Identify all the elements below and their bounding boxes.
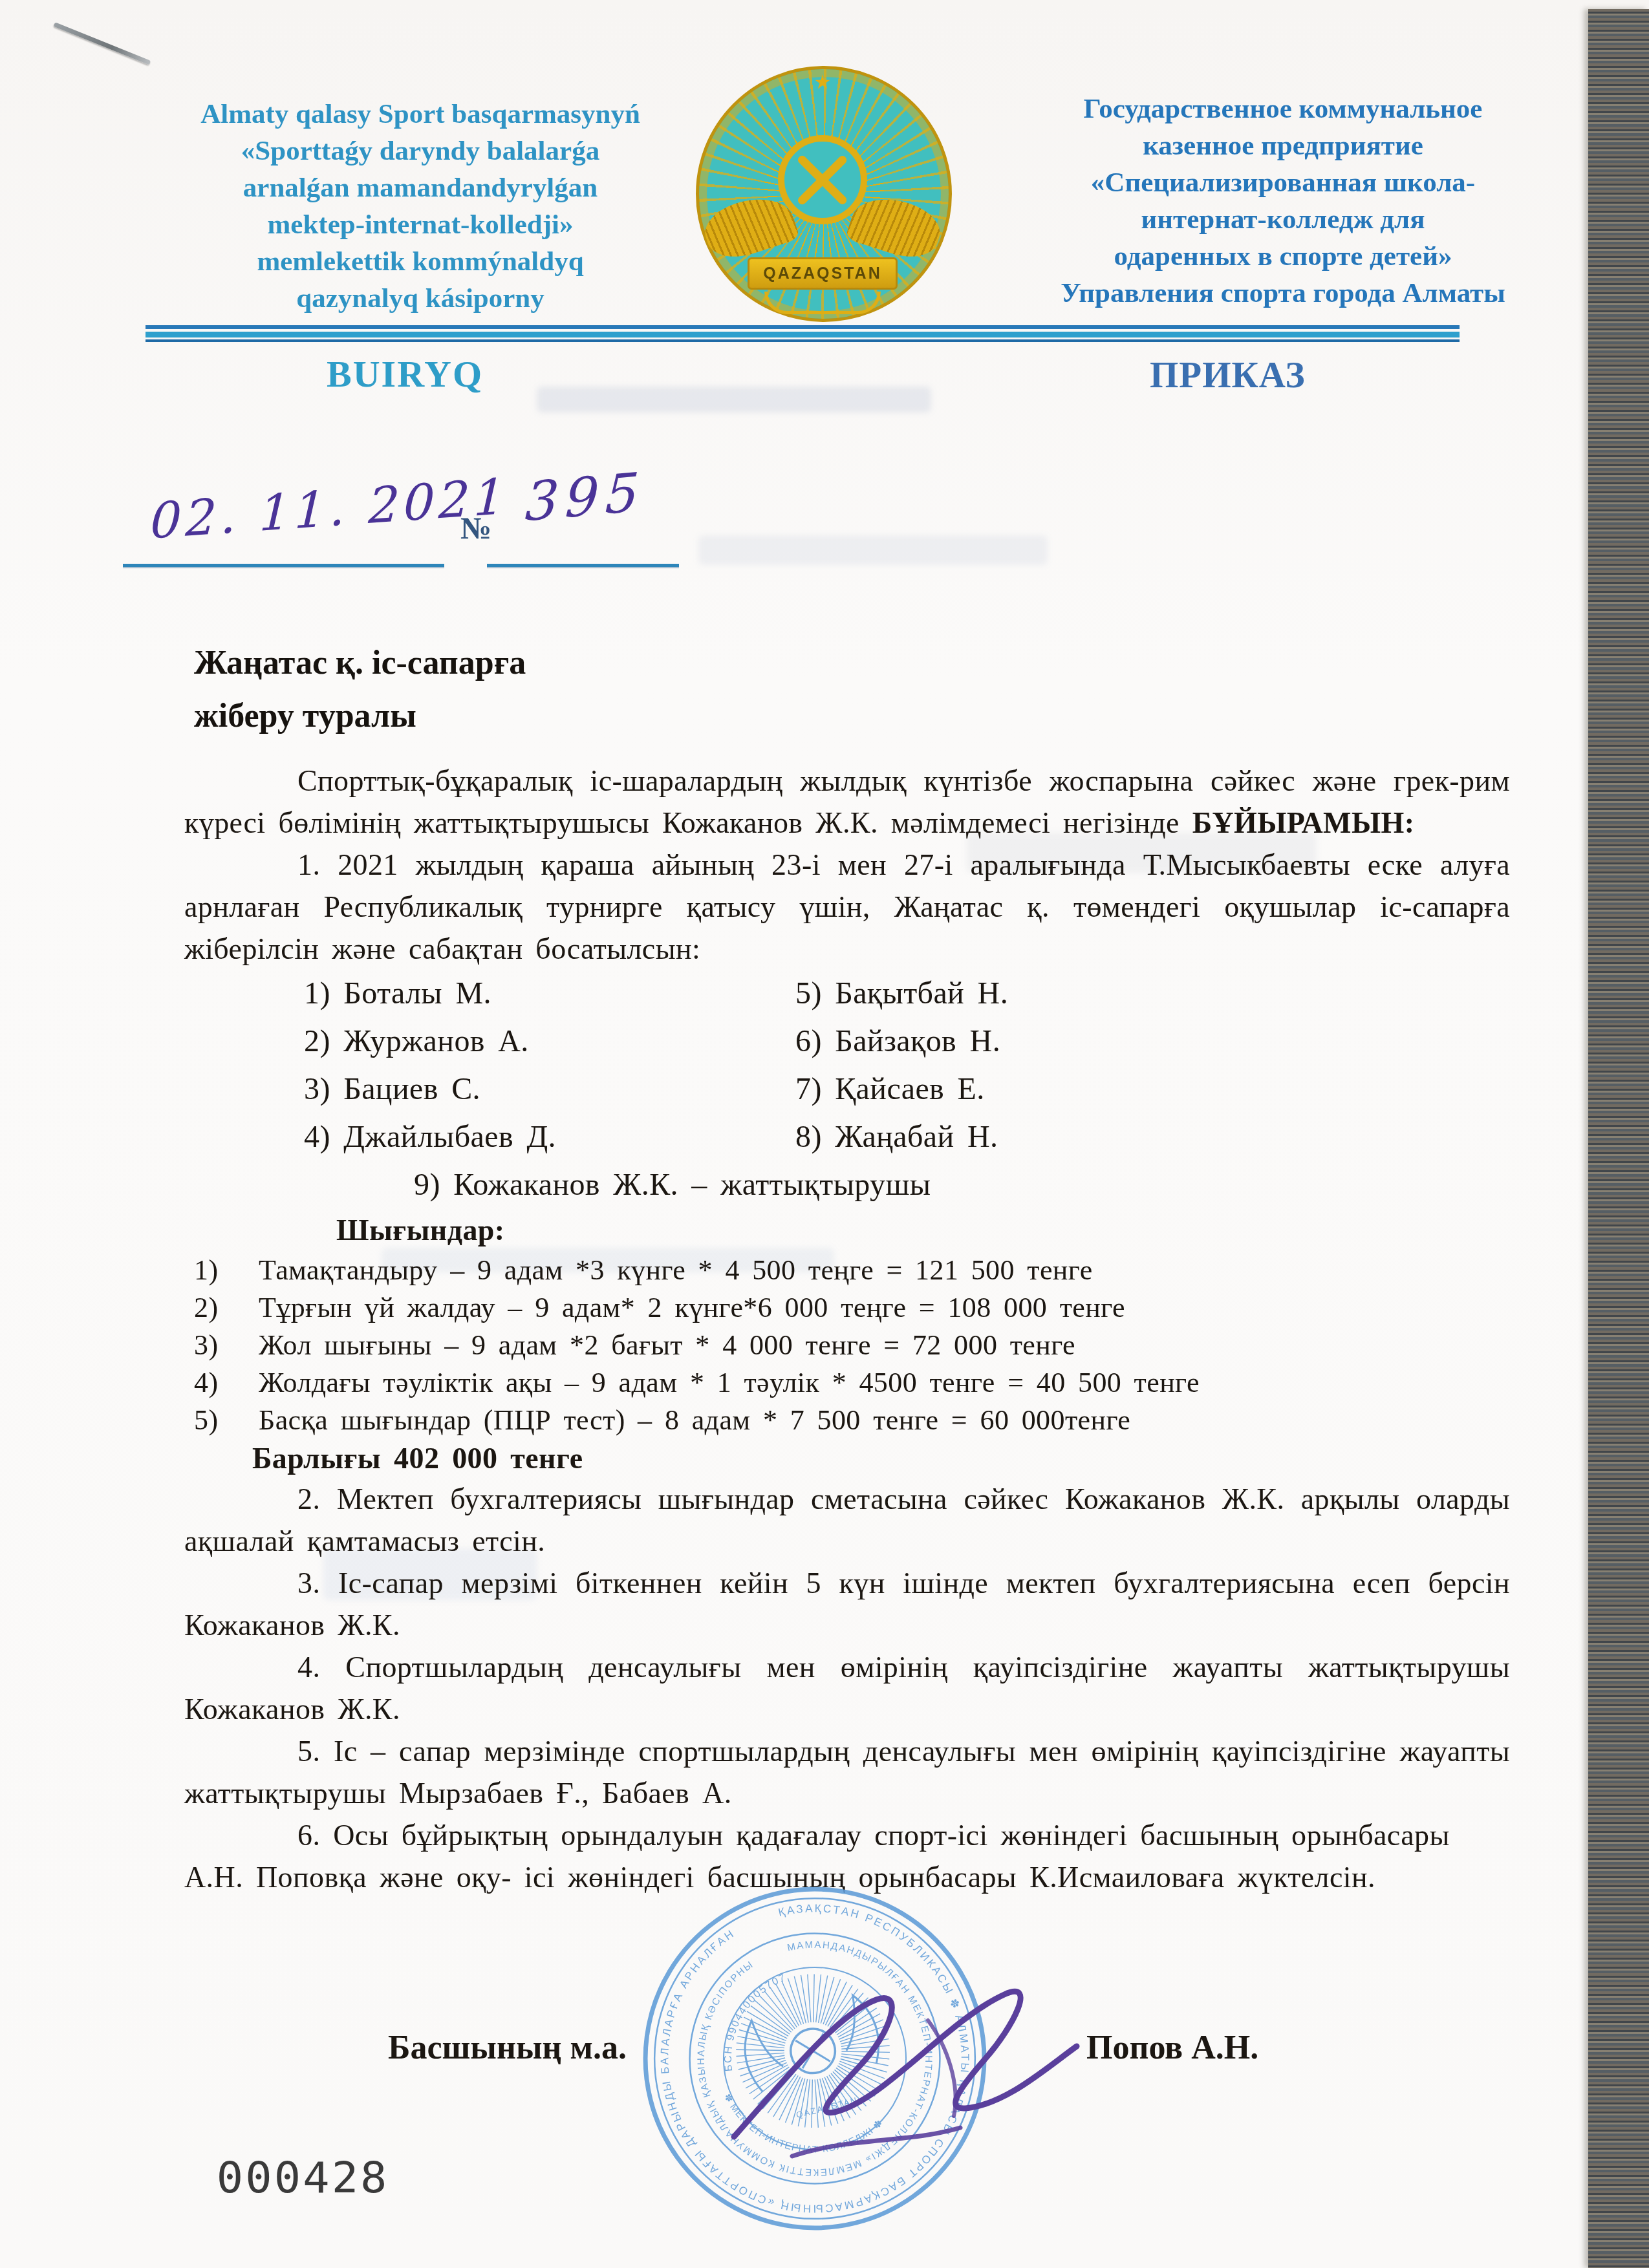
item-2-paragraph: 2. Мектеп бухгалтериясы шығындар сметасы… bbox=[184, 1478, 1510, 1562]
expense-item: 4) Жолдағы тәуліктік ақы – 9 адам * 1 тә… bbox=[194, 1364, 1510, 1402]
student-item: 2) Журжанов А. bbox=[304, 1018, 795, 1065]
expense-text: Тұрғын үй жалдау – 9 адам* 2 күнге*6 000… bbox=[259, 1289, 1125, 1327]
header-divider bbox=[145, 325, 1460, 342]
org-left-line: «Sporttaǵy daryndy balalarǵa bbox=[155, 133, 685, 169]
handwritten-date: 02. 11. 2021 bbox=[149, 467, 510, 550]
expense-item: 3) Жол шығыны – 9 адам *2 бағыт * 4 000 … bbox=[194, 1327, 1510, 1364]
item-3-paragraph: 3. Іс-сапар мерзімі біткеннен кейін 5 кү… bbox=[184, 1562, 1510, 1646]
order-body: Спорттық-бұқаралық іс-шаралардың жылдық … bbox=[184, 760, 1510, 1898]
expense-text: Жол шығыны – 9 адам *2 бағыт * 4 000 тен… bbox=[259, 1327, 1075, 1364]
expense-item: 2) Тұрғын үй жалдау – 9 адам* 2 күнге*6 … bbox=[194, 1289, 1510, 1327]
expense-number: 3) bbox=[194, 1327, 259, 1364]
number-underline bbox=[487, 564, 679, 567]
kazakhstan-emblem: ★ QAZAQSTAN bbox=[693, 66, 952, 325]
expense-item: 1) Тамақтандыру – 9 адам *3 күнге * 4 50… bbox=[194, 1252, 1510, 1289]
item-1-paragraph: 1. 2021 жылдың қараша айының 23-і мен 27… bbox=[184, 844, 1510, 970]
order-title-russian: ПРИКАЗ bbox=[1150, 354, 1306, 396]
expense-number: 4) bbox=[194, 1364, 259, 1402]
intro-paragraph: Спорттық-бұқаралық іс-шаралардың жылдық … bbox=[184, 760, 1510, 844]
expenses-title: Шығындар: bbox=[336, 1209, 1510, 1252]
org-name-russian: Государственное коммунальное казенное пр… bbox=[988, 91, 1578, 312]
student-item: 4) Джайлыбаев Д. bbox=[304, 1113, 795, 1161]
bleed-through-artifact bbox=[698, 535, 1048, 565]
expense-number: 2) bbox=[194, 1289, 259, 1327]
order-subject: Жаңатас қ. іс-сапарға жіберу туралы bbox=[194, 637, 526, 743]
signer-position: Басшының м.а. bbox=[388, 2029, 627, 2067]
expense-text: Басқа шығындар (ПЦР тест) – 8 адам * 7 5… bbox=[259, 1402, 1130, 1439]
expenses-total: Барлығы 402 000 тенге bbox=[252, 1439, 1510, 1478]
expense-number: 1) bbox=[194, 1252, 259, 1289]
item-4-paragraph: 4. Спортшылардың денсаулығы мен өмірінің… bbox=[184, 1646, 1510, 1730]
org-right-line: интернат-колледж для bbox=[988, 201, 1578, 238]
emblem-shanyrak-icon bbox=[778, 135, 867, 224]
org-right-line: одаренных в спорте детей» bbox=[988, 238, 1578, 275]
expense-text: Тамақтандыру – 9 адам *3 күнге * 4 500 т… bbox=[259, 1252, 1093, 1289]
scanned-order-document: Almaty qalasy Sport basqarmasynyń «Sport… bbox=[0, 0, 1649, 2268]
subject-line: Жаңатас қ. іс-сапарға bbox=[194, 637, 526, 690]
students-column-1: 1) Боталы М. 2) Журжанов А. 3) Бациев С.… bbox=[304, 970, 795, 1161]
expense-item: 5) Басқа шығындар (ПЦР тест) – 8 адам * … bbox=[194, 1402, 1510, 1439]
subject-line: жіберу туралы bbox=[194, 690, 526, 743]
org-left-line: mektep-internat-kolledji» bbox=[155, 206, 685, 243]
student-item: 3) Бациев С. bbox=[304, 1065, 795, 1113]
student-item-coach: 9) Кожаканов Ж.К. – жаттықтырушы bbox=[414, 1161, 1510, 1209]
staple-mark bbox=[41, 22, 151, 97]
org-right-line: казенное предприятие bbox=[988, 127, 1578, 164]
org-left-line: memlekettik kommýnaldyq bbox=[155, 243, 685, 280]
signer-name: Попов А.Н. bbox=[1086, 2029, 1258, 2067]
student-item: 1) Боталы М. bbox=[304, 970, 795, 1018]
emblem-banner: QAZAQSTAN bbox=[748, 257, 898, 290]
student-item: 8) Жаңабай Н. bbox=[795, 1113, 1287, 1161]
org-right-line: «Специализированная школа- bbox=[988, 164, 1578, 201]
emblem-star-icon: ★ bbox=[814, 71, 832, 94]
number-sign: № bbox=[460, 511, 491, 546]
org-left-line: arnalǵan mamandandyrylǵan bbox=[155, 169, 685, 206]
org-left-line: qazynalyq kásiporny bbox=[155, 280, 685, 317]
order-verb: БҰЙЫРАМЫН: bbox=[1192, 806, 1415, 839]
order-title-kazakh: BUIRYQ bbox=[327, 352, 483, 396]
scanner-edge-artifact bbox=[1588, 9, 1649, 2268]
date-underline bbox=[123, 564, 444, 567]
handwritten-order-number: 395 bbox=[524, 461, 647, 533]
students-column-2: 5) Бақытбай Н. 6) Байзақов Н. 7) Қайсаев… bbox=[795, 970, 1287, 1161]
form-serial-number: 000428 bbox=[217, 2153, 389, 2203]
item-5-paragraph: 5. Іс – сапар мерзімінде спортшылардың д… bbox=[184, 1730, 1510, 1814]
handwritten-signature bbox=[715, 1943, 1103, 2195]
expense-number: 5) bbox=[194, 1402, 259, 1439]
org-right-line: Управления спорта города Алматы bbox=[988, 275, 1578, 312]
emblem-tassel bbox=[764, 292, 881, 314]
expense-text: Жолдағы тәуліктік ақы – 9 адам * 1 тәулі… bbox=[259, 1364, 1200, 1402]
org-left-line: Almaty qalasy Sport basqarmasynyń bbox=[155, 96, 685, 133]
bleed-through-artifact bbox=[537, 387, 931, 412]
org-name-kazakh-latin: Almaty qalasy Sport basqarmasynyń «Sport… bbox=[155, 96, 685, 317]
student-item: 7) Қайсаев Е. bbox=[795, 1065, 1287, 1113]
students-list: 1) Боталы М. 2) Журжанов А. 3) Бациев С.… bbox=[304, 970, 1510, 1161]
student-item: 5) Бақытбай Н. bbox=[795, 970, 1287, 1018]
org-right-line: Государственное коммунальное bbox=[988, 91, 1578, 127]
student-item: 6) Байзақов Н. bbox=[795, 1018, 1287, 1065]
